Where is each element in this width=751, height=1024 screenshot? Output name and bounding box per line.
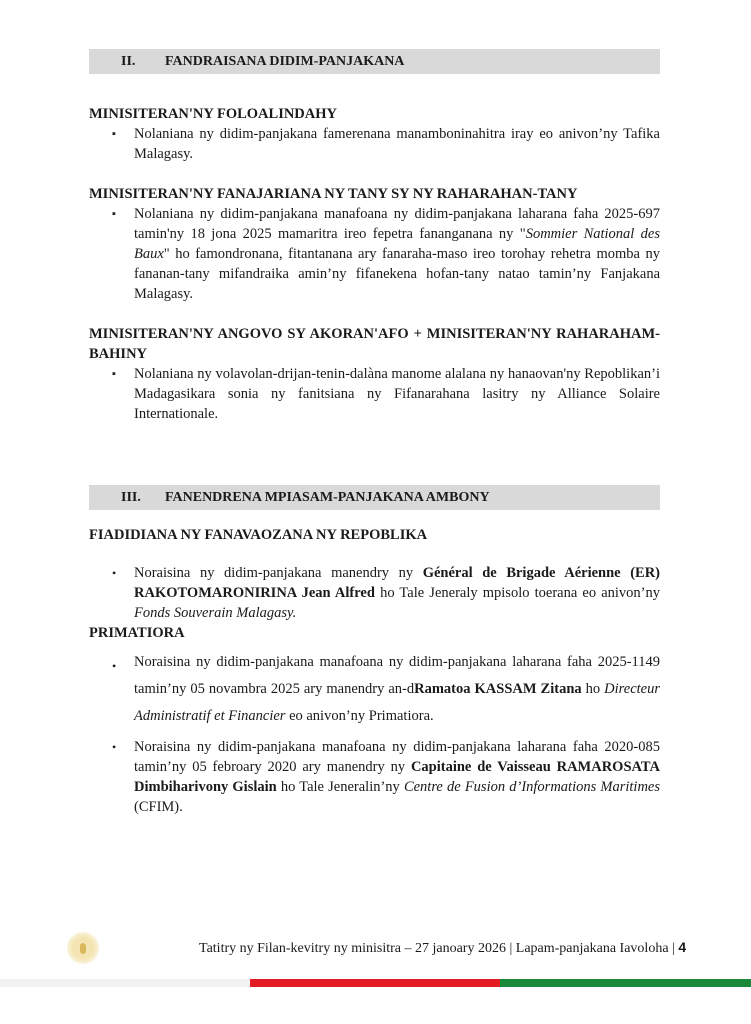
page-footer: Tatitry ny Filan-kevitry ny minisitra – …: [199, 938, 686, 958]
list-item: ▪ Nolaniana ny didim-panjakana manafoana…: [134, 204, 660, 304]
square-bullet-icon: ▪: [112, 124, 116, 144]
flag-stripe-green: [500, 979, 751, 987]
section-header-ii: II. FANDRAISANA DIDIM-PANJAKANA: [89, 49, 660, 74]
list-item: • Noraisina ny didim-panjakana manendry …: [134, 563, 660, 623]
section-header-iii: III. FANENDRENA MPIASAM-PANJAKANA AMBONY: [89, 485, 660, 510]
ministry-heading: MINISITERAN'NY FOLOALINDAHY: [89, 104, 660, 124]
ministry-heading: MINISITERAN'NY FANAJARIANA NY TANY SY NY…: [89, 184, 660, 204]
section-title: FANDRAISANA DIDIM-PANJAKANA: [165, 49, 404, 74]
ministry-heading: PRIMATIORA: [89, 623, 660, 643]
section-number: III.: [121, 485, 141, 510]
footer-caption: Tatitry ny Filan-kevitry ny minisitra – …: [199, 941, 678, 956]
list-item: ▪ Nolaniana ny didim-panjakana famerenan…: [134, 124, 660, 164]
dot-bullet-icon: •: [112, 737, 116, 757]
list-item: • Noraisina ny didim-panjakana manafoana…: [134, 649, 660, 730]
square-bullet-icon: ▪: [112, 364, 116, 384]
dot-bullet-icon: •: [112, 653, 116, 680]
dot-bullet-icon: •: [112, 563, 116, 583]
square-bullet-icon: ▪: [112, 204, 116, 224]
seal-emblem-icon: [67, 932, 99, 964]
section-number: II.: [121, 49, 135, 74]
page-number: 4: [678, 939, 686, 955]
section-title: FANENDRENA MPIASAM-PANJAKANA AMBONY: [165, 485, 490, 510]
ministry-heading: FIADIDIANA NY FANAVAOZANA NY REPOBLIKA: [89, 525, 660, 545]
list-item: • Noraisina ny didim-panjakana manafoana…: [134, 737, 660, 817]
list-item: ▪ Nolaniana ny volavolan-drijan-tenin-da…: [134, 364, 660, 424]
ministry-heading: MINISITERAN'NY ANGOVO SY AKORAN'AFO + MI…: [89, 324, 660, 364]
flag-stripe-white: [0, 979, 250, 987]
flag-stripe-red: [250, 979, 500, 987]
